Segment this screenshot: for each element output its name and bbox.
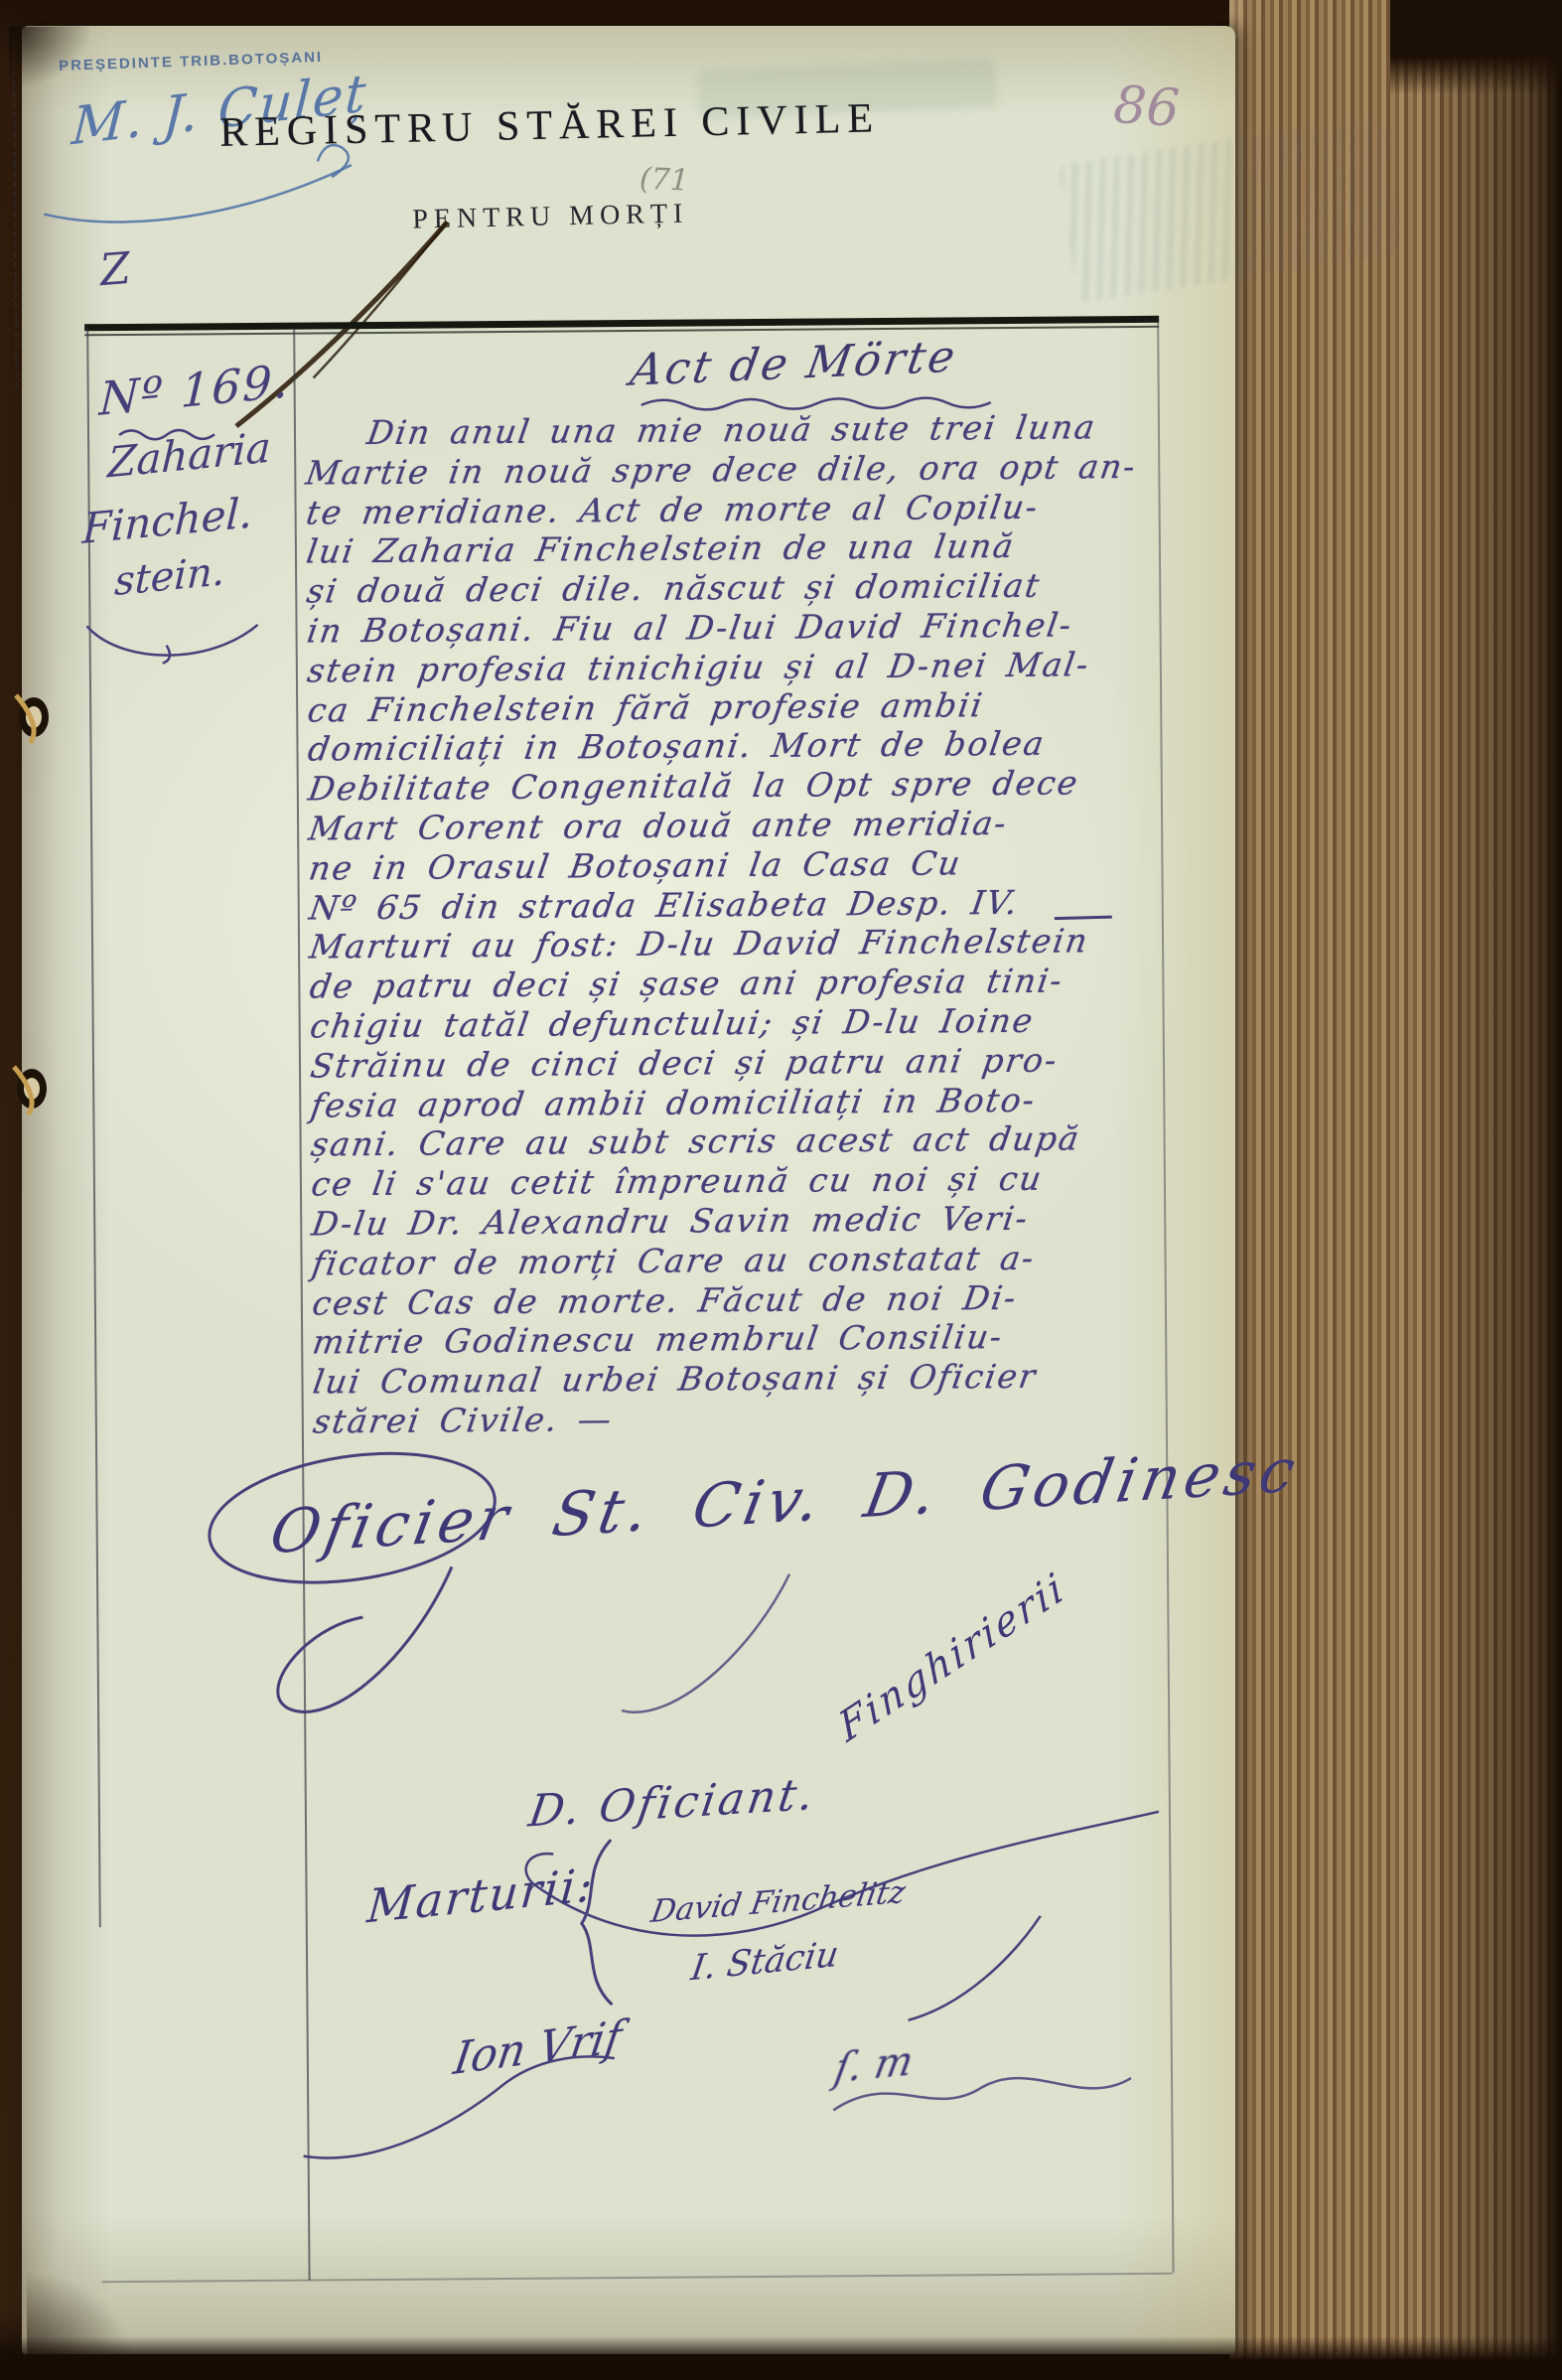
act-body-line: Străinu de cinci deci și patru ani pro- — [308, 1039, 1180, 1086]
bottom-rule — [102, 2273, 1173, 2283]
act-body-line: D-lu Dr. Alexandru Savin medic Veri- — [309, 1198, 1181, 1245]
page-content: PREȘEDINTE TRIB.BOTOȘANI M. J. Culeț Z R… — [13, 21, 1244, 2359]
table-wood-corner — [1390, 0, 1562, 94]
act-body-line: ce li s'au cetit împreună cu noi și cu — [309, 1158, 1181, 1205]
bottom-signature-flourish — [823, 2048, 1142, 2141]
margin-flourish — [78, 611, 277, 672]
bottom-signature-flourish — [297, 2042, 636, 2174]
act-body: Din anul una mie nouă sute trei luna Mar… — [306, 407, 1180, 1442]
act-body-line: stein profesia tinichigiu și al D-nei Ma… — [305, 644, 1177, 690]
act-body-line: Debilitate Congenitală la Opt spre dece — [306, 763, 1178, 810]
table-wood-bottom — [0, 2336, 1562, 2380]
book-page-stack — [1229, 0, 1562, 2380]
act-body-line: și două deci dile. născut și domiciliat — [304, 565, 1176, 612]
act-body-line: de patru deci și șase ani profesia tini- — [307, 961, 1179, 1007]
act-body-line: lui Comunal urbei Botoșani și Oficier — [311, 1356, 1183, 1403]
act-body-line: ne in Orasul Botoșani la Casa Cu — [306, 841, 1178, 888]
binding-holes — [0, 0, 89, 2380]
act-body-line: ficator de morți Care au constatat a- — [310, 1237, 1182, 1283]
margin-name-line: stein. — [113, 548, 225, 605]
register-page: PREȘEDINTE TRIB.BOTOȘANI M. J. Culeț Z R… — [22, 26, 1235, 2354]
act-body-line: Mart Corent ora două ante meridia- — [306, 803, 1178, 849]
witness-signature-flourish — [812, 1910, 1071, 2031]
act-body-line: Martie in nouă spre dece dile, ora opt a… — [303, 446, 1175, 493]
act-body-line: Din anul una mie nouă sute trei luna — [303, 407, 1175, 454]
act-body-line: șani. Care au subt scris acest act după — [309, 1118, 1181, 1165]
act-body-line: chigiu tatăl defunctului; și D-lu Ioine — [308, 1000, 1180, 1047]
act-body-line: mitrie Godinescu membrul Consiliu- — [310, 1316, 1182, 1363]
witness-brace — [553, 1840, 634, 2009]
photo-background: PREȘEDINTE TRIB.BOTOȘANI M. J. Culeț Z R… — [0, 0, 1562, 2380]
act-body-line: in Botoșani. Fiu al D-lui David Finchel- — [305, 605, 1177, 652]
